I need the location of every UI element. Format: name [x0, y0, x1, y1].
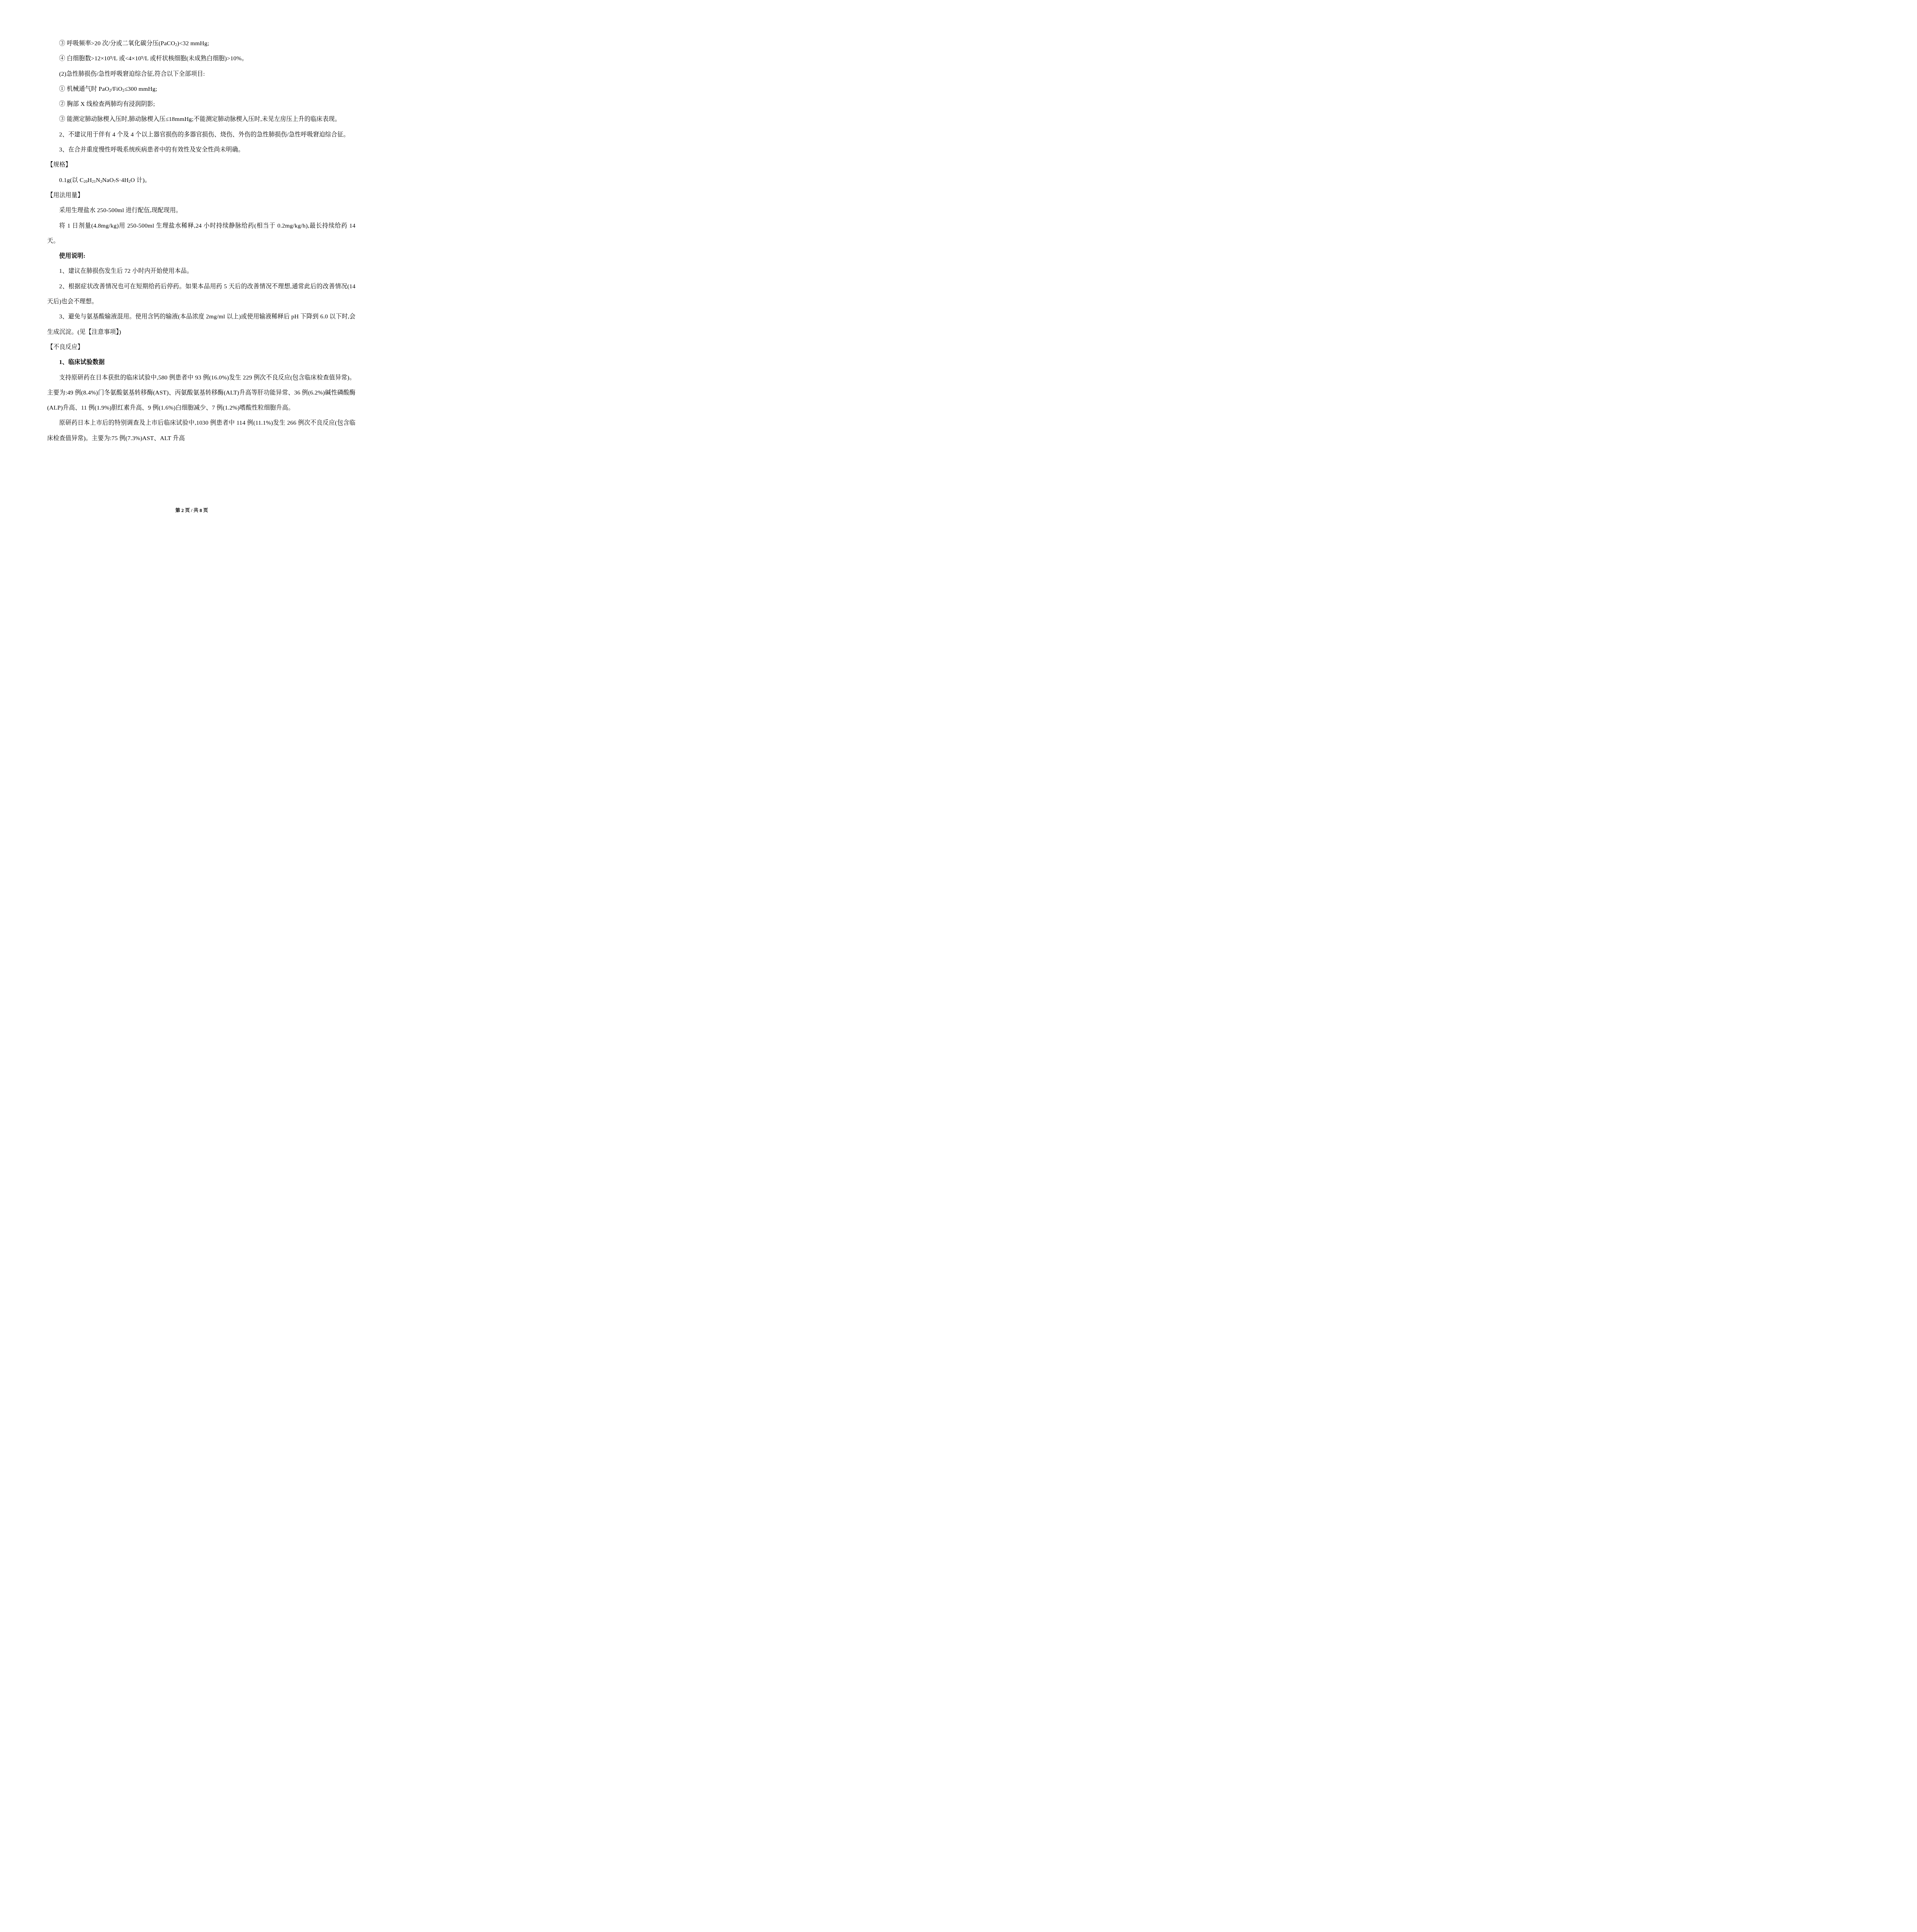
usage-note-2: 2、根据症状改善情况也可在短期给药后停药。如果本品用药 5 天后的改善情况不理想… — [47, 279, 356, 310]
post-marketing-survey: 原研药日本上市后的特别调查及上市后临床试验中,1030 例患者中 114 例(1… — [47, 415, 356, 446]
note-2-not-recommended: 2、不建议用于伴有 4 个及 4 个以上器官损伤的多器官损伤、烧伤、外伤的急性肺… — [47, 127, 356, 142]
dosage-daily-dose: 将 1 日剂量(4.8mg/kg)用 250-500ml 生理盐水稀释,24 小… — [47, 218, 356, 249]
item-circle3-pawp: ③ 能测定肺动脉楔入压时,肺动脉楔入压≤18mmHg;不能测定肺动脉楔入压时,未… — [47, 112, 356, 127]
item-circle4-wbc-count: ④ 白细胞数>12×109/L 或<4×109/L 或杆状核细胞(未成熟白细胞)… — [47, 51, 356, 66]
section-adverse-reactions: 【不良反应】 — [47, 340, 356, 355]
item-2-ali-ards-criteria: (2)急性肺损伤/急性呼吸窘迫综合征,符合以下全部项目: — [47, 66, 356, 82]
page-footer: 第 2 页 / 共 8 页 — [0, 507, 383, 514]
note-3-chronic-respiratory: 3、在合并重度慢性呼吸系统疾病患者中的有效性及安全性尚未明确。 — [47, 142, 356, 157]
usage-instructions-header: 使用说明: — [47, 248, 356, 264]
clinical-trial-data-header: 1、临床试验数据 — [47, 355, 356, 370]
usage-note-3: 3、避免与氨基酸输液混用。使用含钙的输液(本品浓度 2mg/ml 以上)或使用输… — [47, 309, 356, 340]
item-circle1-mechanical-ventilation: ① 机械通气时 PaO2/FiO2≤300 mmHg; — [47, 82, 356, 97]
item-circle2-chest-xray: ② 胸部 X 线检查两肺均有浸润阴影; — [47, 97, 356, 112]
section-dosage: 【用法用量】 — [47, 188, 356, 203]
document-page: ③ 呼吸频率>20 次/分或二氧化碳分压(PaCO2)<32 mmHg;④ 白细… — [0, 0, 383, 542]
item-circle3-respiratory-rate: ③ 呼吸频率>20 次/分或二氧化碳分压(PaCO2)<32 mmHg; — [47, 36, 356, 51]
document-body: ③ 呼吸频率>20 次/分或二氧化碳分压(PaCO2)<32 mmHg;④ 白细… — [47, 36, 356, 446]
dosage-preparation: 采用生理盐水 250-500ml 进行配伍,现配现用。 — [47, 203, 356, 218]
clinical-trial-japan-approval: 支持原研药在日本获批的临床试验中,580 例患者中 93 例(16.0%)发生 … — [47, 370, 356, 416]
page-number: 第 2 页 / 共 8 页 — [175, 508, 208, 513]
section-specification: 【规格】 — [47, 157, 356, 172]
usage-note-1: 1、建议在肺损伤发生后 72 小时内开始使用本品。 — [47, 264, 356, 279]
specification-value: 0.1g(以 C20H21N2NaO7S·4H2O 计)。 — [47, 173, 356, 188]
